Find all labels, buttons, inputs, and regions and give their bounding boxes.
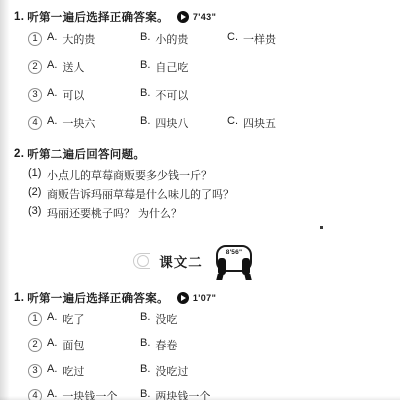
option-label: A. (47, 311, 57, 327)
circled-number: 3 (28, 88, 42, 102)
quiz2-header: 2. 听第二遍后回答问题。 (14, 146, 145, 162)
option-text: 四块八 (155, 115, 188, 131)
answer-row: 2 A.送人 B.自己吃 (28, 59, 227, 75)
answer-row: 2 A.面包 B.春卷 (28, 337, 177, 353)
option-text: 可以 (62, 87, 84, 103)
headphone-ear-right (242, 258, 250, 275)
circled-number: 1 (28, 32, 42, 46)
play-icon (177, 11, 189, 23)
answer-row: 4 A.一块六 B.四块八 C.四块五 (28, 115, 276, 131)
option-text: 没吃 (155, 311, 177, 327)
answer-row: 3 A.吃过 B.没吃过 (28, 363, 188, 379)
option-b: B.春卷 (140, 337, 177, 353)
option-label: B. (140, 311, 150, 327)
option-b: B.小的贵 (140, 31, 227, 47)
audio-duration: 8'56" (216, 249, 252, 256)
option-text: 送人 (62, 59, 84, 75)
section-title: 听第二遍后回答问题。 (27, 146, 145, 162)
option-label: B. (140, 115, 150, 131)
question-row: (1) 小点儿的草莓商贩要多少钱一斤？ (28, 167, 212, 183)
option-b: B.不可以 (140, 87, 227, 103)
question-row: (3) 玛丽还要桃子吗？ 为什么？ (28, 205, 182, 221)
option-a: A.一块六 (47, 115, 140, 131)
option-label: A. (47, 115, 57, 131)
option-text: 一块六 (62, 115, 95, 131)
option-text: 小的贵 (155, 31, 188, 47)
option-text: 面包 (62, 337, 84, 353)
option-a: A.吃过 (47, 363, 140, 379)
answer-row: 1 A.吃了 B.没吃 (28, 311, 177, 327)
option-label: B. (140, 363, 150, 379)
section-number: 2. (14, 148, 24, 160)
option-label: B. (140, 87, 150, 103)
circled-number: 2 (28, 60, 42, 74)
option-label: A. (47, 337, 57, 353)
option-a: A.大的贵 (47, 31, 140, 47)
play-icon (177, 292, 189, 304)
lesson-title: 课文二 (150, 251, 212, 271)
option-label: B. (140, 337, 150, 353)
option-label: C. (227, 115, 238, 131)
option-text: 吃过 (62, 363, 84, 379)
question-text: 玛丽还要桃子吗？ 为什么？ (47, 205, 182, 221)
banner-circle-left (137, 255, 149, 267)
question-number: (2) (28, 186, 47, 198)
workbook-page: 1. 听第一遍后选择正确答案。 7'43" 1 A.大的贵 B.小的贵 C.一样… (0, 0, 400, 400)
option-b: B.没吃过 (140, 363, 188, 379)
headphone-ear-left (218, 258, 226, 275)
option-label: A. (47, 31, 57, 47)
option-label: C. (227, 31, 238, 47)
option-text: 不可以 (155, 87, 188, 103)
circled-number: 4 (28, 116, 42, 130)
option-label: A. (47, 388, 57, 400)
option-a: A.送人 (47, 59, 140, 75)
option-label: B. (140, 31, 150, 47)
question-number: (1) (28, 167, 47, 179)
option-text: 自己吃 (155, 59, 188, 75)
headphone-foot-right (244, 274, 251, 280)
option-b: B.自己吃 (140, 59, 227, 75)
circled-number: 3 (28, 364, 42, 378)
section-number: 1. (14, 292, 24, 304)
option-text: 大的贵 (62, 31, 95, 47)
option-text: 吃了 (62, 311, 84, 327)
option-b: B.四块八 (140, 115, 227, 131)
answer-row: 4 A.一块钱一个 B.两块钱一个 (28, 388, 210, 400)
question-number: (3) (28, 205, 47, 217)
option-text: 两块钱一个 (155, 388, 210, 400)
option-c: C.四块五 (227, 115, 276, 131)
option-text: 一块钱一个 (62, 388, 117, 400)
answer-row: 1 A.大的贵 B.小的贵 C.一样贵 (28, 31, 276, 47)
section-title: 听第一遍后选择正确答案。 (27, 9, 169, 25)
page-left-shadow (0, 0, 10, 400)
option-text: 四块五 (243, 115, 276, 131)
option-label: B. (140, 59, 150, 75)
section-title: 听第一遍后选择正确答案。 (27, 290, 169, 306)
option-a: A.面包 (47, 337, 140, 353)
quiz1-header: 1. 听第一遍后选择正确答案。 7'43" (14, 9, 216, 25)
print-speck (320, 226, 323, 229)
option-label: A. (47, 59, 57, 75)
question-row: (2) 商贩告诉玛丽草莓是什么味儿的了吗？ (28, 186, 234, 202)
option-a: A.吃了 (47, 311, 140, 327)
circled-number: 1 (28, 312, 42, 326)
option-text: 一样贵 (243, 31, 276, 47)
audio-duration: 1'07" (193, 293, 216, 303)
option-text: 春卷 (155, 337, 177, 353)
option-label: B. (140, 388, 150, 400)
option-b: B.两块钱一个 (140, 388, 210, 400)
headphones-icon: 8'56" (216, 245, 252, 282)
audio-duration: 7'43" (193, 12, 216, 22)
question-text: 小点儿的草莓商贩要多少钱一斤？ (47, 167, 212, 183)
circled-number: 4 (28, 389, 42, 400)
quiz3-header: 1. 听第一遍后选择正确答案。 1'07" (14, 290, 216, 306)
option-c: C.一样贵 (227, 31, 276, 47)
option-label: A. (47, 363, 57, 379)
option-a: A.一块钱一个 (47, 388, 140, 400)
question-text: 商贩告诉玛丽草莓是什么味儿的了吗？ (47, 186, 234, 202)
option-text: 没吃过 (155, 363, 188, 379)
option-a: A.可以 (47, 87, 140, 103)
circled-number: 2 (28, 338, 42, 352)
headphone-foot-left (216, 274, 223, 280)
option-label: A. (47, 87, 57, 103)
answer-row: 3 A.可以 B.不可以 (28, 87, 227, 103)
option-b: B.没吃 (140, 311, 177, 327)
section-number: 1. (14, 11, 24, 23)
